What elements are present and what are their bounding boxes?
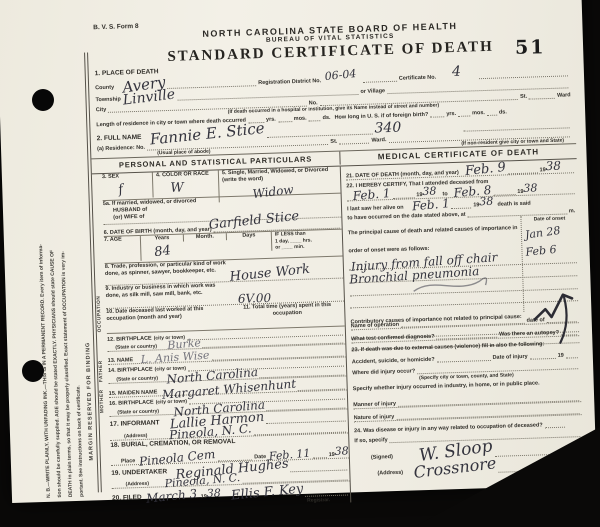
- sex-value: f: [117, 183, 124, 197]
- trade-label: 8. Trade, profession, or particular kind…: [105, 261, 229, 279]
- registrar-label: Registrar.: [307, 497, 330, 504]
- blank-line: [498, 463, 582, 474]
- manner-label: Manner of injury: [353, 401, 396, 409]
- checkmark-mark: [529, 267, 577, 346]
- age-years-value: 84: [153, 244, 171, 259]
- attended-from-year: 38: [422, 186, 436, 197]
- registration-district-value: 06-04: [324, 68, 357, 82]
- date-of-death-year: 38: [545, 160, 561, 172]
- blank-line: [298, 382, 345, 391]
- state-or-country-note: (State or country): [116, 376, 158, 384]
- blank-line: [493, 188, 515, 197]
- onset2-value: Feb 6: [525, 243, 557, 257]
- last-worked-label: 10. Date deceased last worked at this oc…: [106, 306, 224, 323]
- certificate-form: B. V. S. Form 8 NORTH CAROLINA STATE BOA…: [87, 9, 586, 492]
- medical-column: 21. DATE OF DEATH (month, day, and year)…: [341, 160, 587, 503]
- address-label: (Address): [126, 481, 150, 488]
- burial-year-value: 38: [335, 446, 349, 457]
- marital-label: 5. Single, Married, Widowed, or Divorced…: [222, 167, 340, 184]
- form-number: B. V. S. Form 8: [93, 23, 139, 33]
- father-side-label: FATHER: [98, 353, 104, 383]
- years-header: Years: [141, 235, 183, 243]
- sex-label: 3. SEX: [102, 173, 152, 181]
- industry-value: 6V.00: [238, 292, 272, 305]
- industry-label: 9. Industry or business in which work wa…: [105, 283, 229, 301]
- months-header: Month.: [184, 234, 226, 242]
- occupation-side-label: OCCUPATION: [96, 267, 103, 333]
- blank-line: [313, 451, 327, 459]
- place-of-death-block: 1. PLACE OF DEATH County Avery Registrat…: [89, 53, 577, 159]
- blank-line: [507, 166, 537, 175]
- last-saw-year: 38: [479, 196, 493, 207]
- scanned-death-certificate: N. B.—WRITE PLAINLY, WITH UNFADING INK.—…: [0, 0, 600, 527]
- if-less-line3: or ____ min.: [275, 243, 342, 251]
- age-label: 7. AGE: [104, 236, 140, 244]
- mother-side-label: MOTHER: [99, 384, 105, 414]
- attended-to-year: 38: [523, 183, 537, 194]
- onset1-value: Jan 28: [524, 225, 561, 241]
- burial-place-label: Place: [121, 458, 136, 465]
- nature-label: Nature of injury: [354, 414, 395, 422]
- filed-year-value: 38: [207, 488, 221, 499]
- punch-hole: [22, 360, 44, 382]
- color-race-label: 4. COLOR OR RACE: [156, 171, 218, 180]
- certificate-no-value: 4: [452, 65, 461, 79]
- stamp-number: 51: [514, 36, 545, 58]
- certify-block: 22. I HEREBY CERTIFY, That I attended de…: [346, 174, 575, 222]
- color-race-value: W: [170, 182, 184, 195]
- personal-column: OCCUPATION FATHER MOTHER 3. SEX f 4. COL…: [92, 167, 351, 511]
- total-time-label: 11. Total time (years) spent in this occ…: [230, 302, 344, 319]
- punch-hole: [32, 89, 54, 111]
- date-of-onset-label: Date of onset: [524, 216, 574, 224]
- certificate-paper: N. B.—WRITE PLAINLY, WITH UNFADING INK.—…: [0, 0, 597, 503]
- father-name-label: 13. NAME: [108, 357, 134, 365]
- two-column-area: OCCUPATION FATHER MOTHER 3. SEX f 4. COL…: [92, 159, 587, 511]
- address-label: (Address): [124, 433, 148, 440]
- days-header: Days: [227, 232, 271, 240]
- state-or-country-note: (State or country): [117, 409, 159, 417]
- signed-address-label: (Address): [377, 469, 403, 477]
- blank-line: [392, 191, 414, 200]
